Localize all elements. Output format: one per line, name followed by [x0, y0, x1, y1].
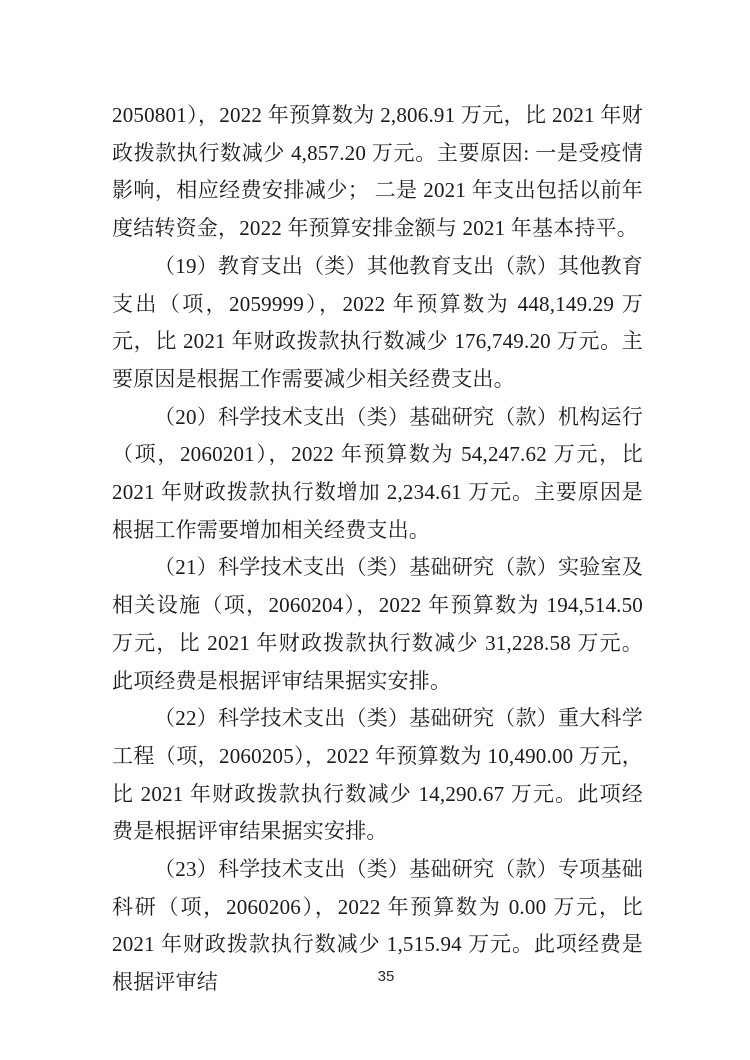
- document-page: 2050801），2022 年预算数为 2,806.91 万元，比 2021 年…: [0, 0, 750, 1060]
- paragraph: （22）科学技术支出（类）基础研究（款）重大科学工程（项，2060205），20…: [112, 700, 643, 851]
- paragraph: （19）教育支出（类）其他教育支出（款）其他教育支出（项，2059999），20…: [112, 248, 643, 399]
- document-body: 2050801），2022 年预算数为 2,806.91 万元，比 2021 年…: [112, 97, 643, 1002]
- paragraph: （20）科学技术支出（类）基础研究（款）机构运行（项，2060201），2022…: [112, 399, 643, 550]
- paragraph: （21）科学技术支出（类）基础研究（款）实验室及相关设施（项，2060204），…: [112, 549, 643, 700]
- paragraph: 2050801），2022 年预算数为 2,806.91 万元，比 2021 年…: [112, 97, 643, 248]
- page-number: 35: [0, 968, 750, 985]
